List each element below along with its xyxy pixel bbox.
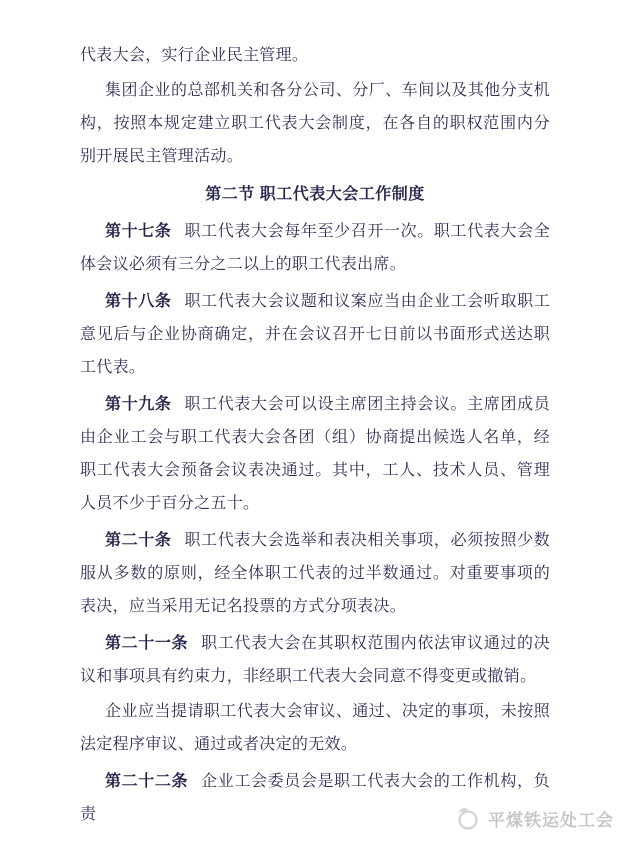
article-number: 第十八条 <box>105 293 172 310</box>
paragraph-continuation: 代表大会，实行企业民主管理。 <box>80 39 550 72</box>
article-paragraph-20: 第二十条职工代表大会选举和表决相关事项，必须按照少数服从多数的原则，经全体职工代… <box>80 524 550 623</box>
article-number: 第二十二条 <box>105 773 188 790</box>
article-paragraph-21: 第二十一条职工代表大会在其职权范围内依法审议通过的决议和事项具有约束力，非经职工… <box>80 627 550 693</box>
article-paragraph-18: 第十八条职工代表大会议题和议案应当由企业工会听取职工意见后与企业协商确定，并在会… <box>80 285 550 384</box>
article-number: 第二十条 <box>105 532 172 549</box>
document-content: 代表大会，实行企业民主管理。 集团企业的总部机关和各分公司、分厂、车间以及其他分… <box>80 39 550 831</box>
article-number: 第二十一条 <box>105 635 188 652</box>
article-text: 职工代表大会可以设主席团主持会议。主席团成员由企业工会与职工代表大会各团（组）协… <box>80 396 550 512</box>
section-heading: 第二节 职工代表大会工作制度 <box>80 178 550 211</box>
paragraph: 集团企业的总部机关和各分公司、分厂、车间以及其他分支机构，按照本规定建立职工代表… <box>80 74 550 173</box>
document-page: 代表大会，实行企业民主管理。 集团企业的总部机关和各分公司、分厂、车间以及其他分… <box>0 0 628 849</box>
paragraph: 企业应当提请职工代表大会审议、通过、决定的事项，未按照法定程序审议、通过或者决定… <box>80 695 550 761</box>
union-logo-icon <box>454 803 481 833</box>
watermark: 平煤铁运处工会 <box>454 803 614 833</box>
watermark-text: 平煤铁运处工会 <box>488 806 614 831</box>
article-number: 第十九条 <box>105 396 172 413</box>
article-paragraph-19: 第十九条职工代表大会可以设主席团主持会议。主席团成员由企业工会与职工代表大会各团… <box>80 388 550 520</box>
article-paragraph-17: 第十七条职工代表大会每年至少召开一次。职工代表大会全体会议必须有三分之二以上的职… <box>80 215 550 281</box>
article-number: 第十七条 <box>105 223 172 240</box>
